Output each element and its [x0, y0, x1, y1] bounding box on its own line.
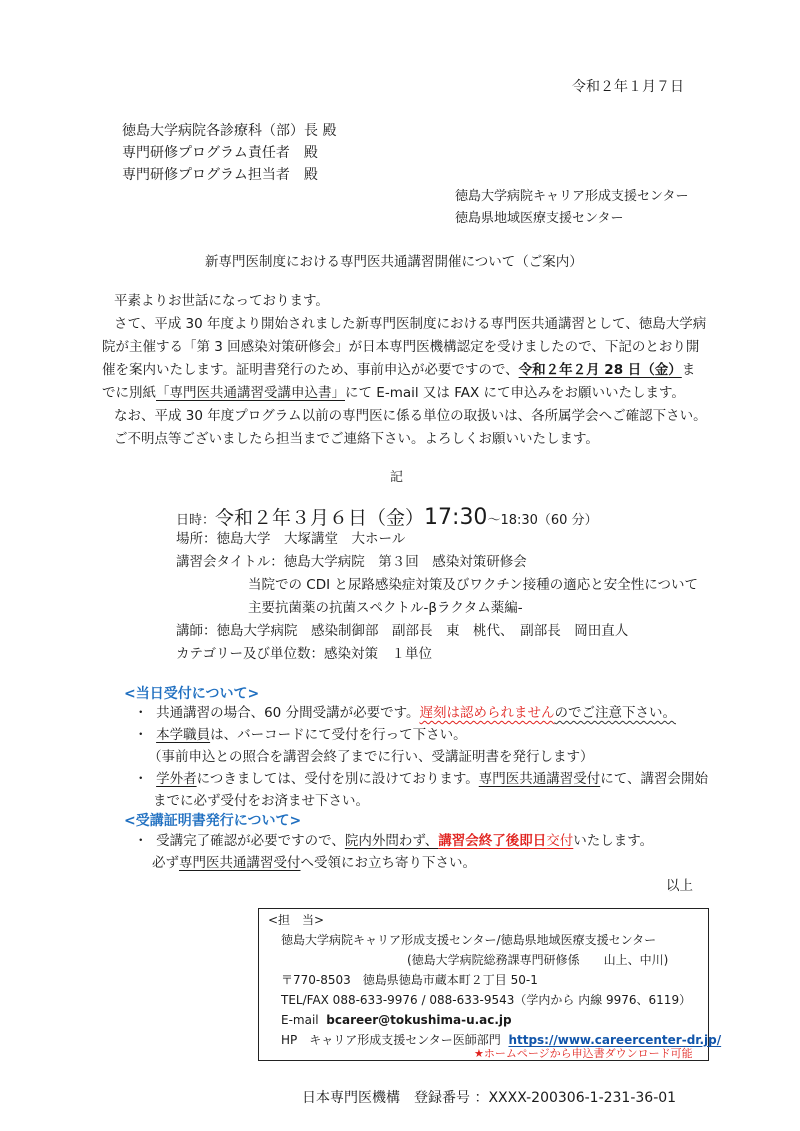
- contact-address: 〒770-8503 徳島県徳島市蔵本町２丁目 50-1: [281, 970, 538, 990]
- homepage-link[interactable]: https://www.careercenter-dr.jp/: [508, 1033, 721, 1047]
- reception-desk-label: 専門医共通講習受付: [479, 771, 601, 787]
- certificate-item-1: ・ 受講完了確認が必要ですので、院内外問わず、講習会終了後即日交付いたします。: [134, 830, 653, 852]
- event-place: 場所：徳島大学 大塚講堂 大ホール: [176, 528, 405, 550]
- contact-tel: TEL/FAX 088-633-9976 / 088-633-9543（学内から…: [281, 990, 691, 1010]
- contact-email-row: E-mail bcareer@tokushima-u.ac.jp: [281, 1010, 512, 1030]
- body-text: へ受領にお立ち寄り下さい。: [301, 855, 477, 871]
- body-text: は、バーコードにて受付を行って下さい。: [210, 727, 467, 743]
- document-title: 新専門医制度における専門医共通講習開催について（ご案内）: [205, 250, 583, 270]
- reception-item-2: ・ 本学職員は、バーコードにて受付を行って下さい。: [134, 724, 467, 746]
- contact-heading: <担 当>: [268, 910, 324, 930]
- body-text: でに別紙: [102, 385, 156, 401]
- ki-marker: 記: [390, 466, 403, 485]
- bullet: ・: [134, 771, 148, 787]
- email-label: E-mail: [281, 1013, 319, 1027]
- body-text: 共通講習の場合、60 分間受講が必要です。: [156, 705, 419, 721]
- same-day-issue: 講習会終了後即日: [438, 833, 546, 849]
- body-p2-line4: でに別紙「専門医共通講習受講申込書」にて E-mail 又は FAX にて申込み…: [102, 382, 685, 404]
- external-label: 学外者: [156, 771, 197, 787]
- body-text: ま: [682, 362, 696, 378]
- bullet: ・: [134, 727, 148, 743]
- contact-box: <担 当> 徳島大学病院キャリア形成支援センター/徳島県地域医療支援センター (…: [258, 908, 709, 1061]
- sender-2: 徳島県地域医療支援センター: [455, 208, 623, 230]
- recipient-1: 徳島大学病院各診療科（部）長 殿: [122, 120, 336, 142]
- hp-label: HP キャリア形成支援センター医師部門: [281, 1033, 501, 1047]
- regardless-label: 院内外問わず、: [345, 833, 438, 849]
- datetime-end: ～18:30（60 分）: [487, 513, 597, 528]
- datetime-label: 日時：: [176, 513, 215, 528]
- certificate-item-2: 必ず専門医共通講習受付へ受領にお立ち寄り下さい。: [152, 852, 476, 874]
- reception-desk-label: 専門医共通講習受付: [179, 855, 301, 871]
- body-p2-line1: さて、平成 30 年度より開始されました新専門医制度における専門医共通講習として…: [114, 313, 706, 335]
- reception-item-3: ・ 学外者につきましては、受付を別に設けております。専門医共通講習受付にて、講習…: [134, 768, 708, 790]
- body-p3: なお、平成 30 年度プログラム以前の専門医に係る単位の取扱いは、各所属学会へご…: [114, 405, 707, 427]
- closing-text: 以上: [666, 874, 693, 894]
- recipient-2: 専門研修プログラム責任者 殿: [122, 142, 318, 164]
- registration-number: 日本専門医機構 登録番号 ：XXXX-200306-1-231-36-01: [302, 1087, 676, 1107]
- reception-item-2-note: （事前申込との照合を講習会終了までに行い、受講証明書を発行します）: [148, 746, 594, 768]
- body-text: 受講完了確認が必要ですので、: [156, 833, 345, 849]
- bullet: ・: [134, 833, 148, 849]
- body-greeting: 平素よりお世話になっております。: [114, 290, 329, 312]
- event-title-sub1: 当院での CDI と尿路感染症対策及びワクチン接種の適応と安全性について: [248, 574, 698, 596]
- body-text: にて、講習会開始: [600, 771, 708, 787]
- no-late-warning: 遅刻は認められません: [419, 705, 554, 721]
- body-text: につきましては、受付を別に設けております。: [197, 771, 479, 787]
- recipient-3: 専門研修プログラム担当者 殿: [122, 164, 318, 186]
- application-form-name: 「専門医共通講習受講申込書」: [156, 385, 345, 401]
- datetime-start: 17:30: [424, 505, 487, 530]
- event-title-sub2: 主要抗菌薬の抗菌スペクトル-βラクタム薬編-: [248, 597, 523, 619]
- body-text: いたします。: [573, 833, 653, 849]
- datetime-date: 令和２年３月６日（金）: [215, 507, 424, 529]
- bullet: ・: [134, 705, 148, 721]
- body-p2-line2: 院が主催する「第 3 回感染対策研修会」が日本専門医機構認定を受けましたので、下…: [102, 336, 699, 358]
- body-text: 催を案内いたします。証明書発行のため、事前申込が必要ですので、: [102, 362, 519, 378]
- staff-label: 本学職員: [156, 727, 210, 743]
- download-note: ★ホームページから申込書ダウンロード可能: [474, 1047, 693, 1061]
- reception-heading: <当日受付について>: [124, 683, 259, 703]
- event-category: カテゴリー及び単位数：感染対策 １単位: [176, 643, 432, 665]
- sender-1: 徳島大学病院キャリア形成支援センター: [455, 186, 688, 208]
- issue-label: 交付: [546, 833, 573, 849]
- reception-item-1: ・ 共通講習の場合、60 分間受講が必要です。遅刻は認められませんのでご注意下さ…: [134, 702, 676, 724]
- contact-org: 徳島大学病院キャリア形成支援センター/徳島県地域医療支援センター: [281, 930, 656, 950]
- body-p4: ご不明点等ございましたら担当までご連絡下さい。よろしくお願いいたします。: [114, 428, 599, 450]
- event-title: 講習会タイトル：徳島大学病院 第３回 感染対策研修会: [176, 551, 527, 573]
- body-text: にて E-mail 又は FAX にて申込みをお願いいたします。: [345, 385, 685, 401]
- event-lecturer: 講師：徳島大学病院 感染制御部 副部長 東 桃代、 副部長 岡田直人: [176, 620, 628, 642]
- reception-item-3-cont: までに必ず受付をお済ませ下さい。: [153, 790, 369, 812]
- body-p2-line3: 催を案内いたします。証明書発行のため、事前申込が必要ですので、令和２年２月 28…: [102, 359, 695, 381]
- contact-dept: (徳島大学病院総務課専門研修係 山上、中川): [407, 950, 668, 970]
- letter-date: 令和２年１月７日: [572, 76, 684, 96]
- application-deadline: 令和２年２月 28 日（金）: [519, 362, 682, 378]
- body-text: のでご注意下さい。: [554, 705, 676, 721]
- body-text: 必ず: [152, 855, 179, 871]
- email-address[interactable]: bcareer@tokushima-u.ac.jp: [326, 1013, 511, 1027]
- certificate-heading: <受講証明書発行について>: [124, 810, 301, 830]
